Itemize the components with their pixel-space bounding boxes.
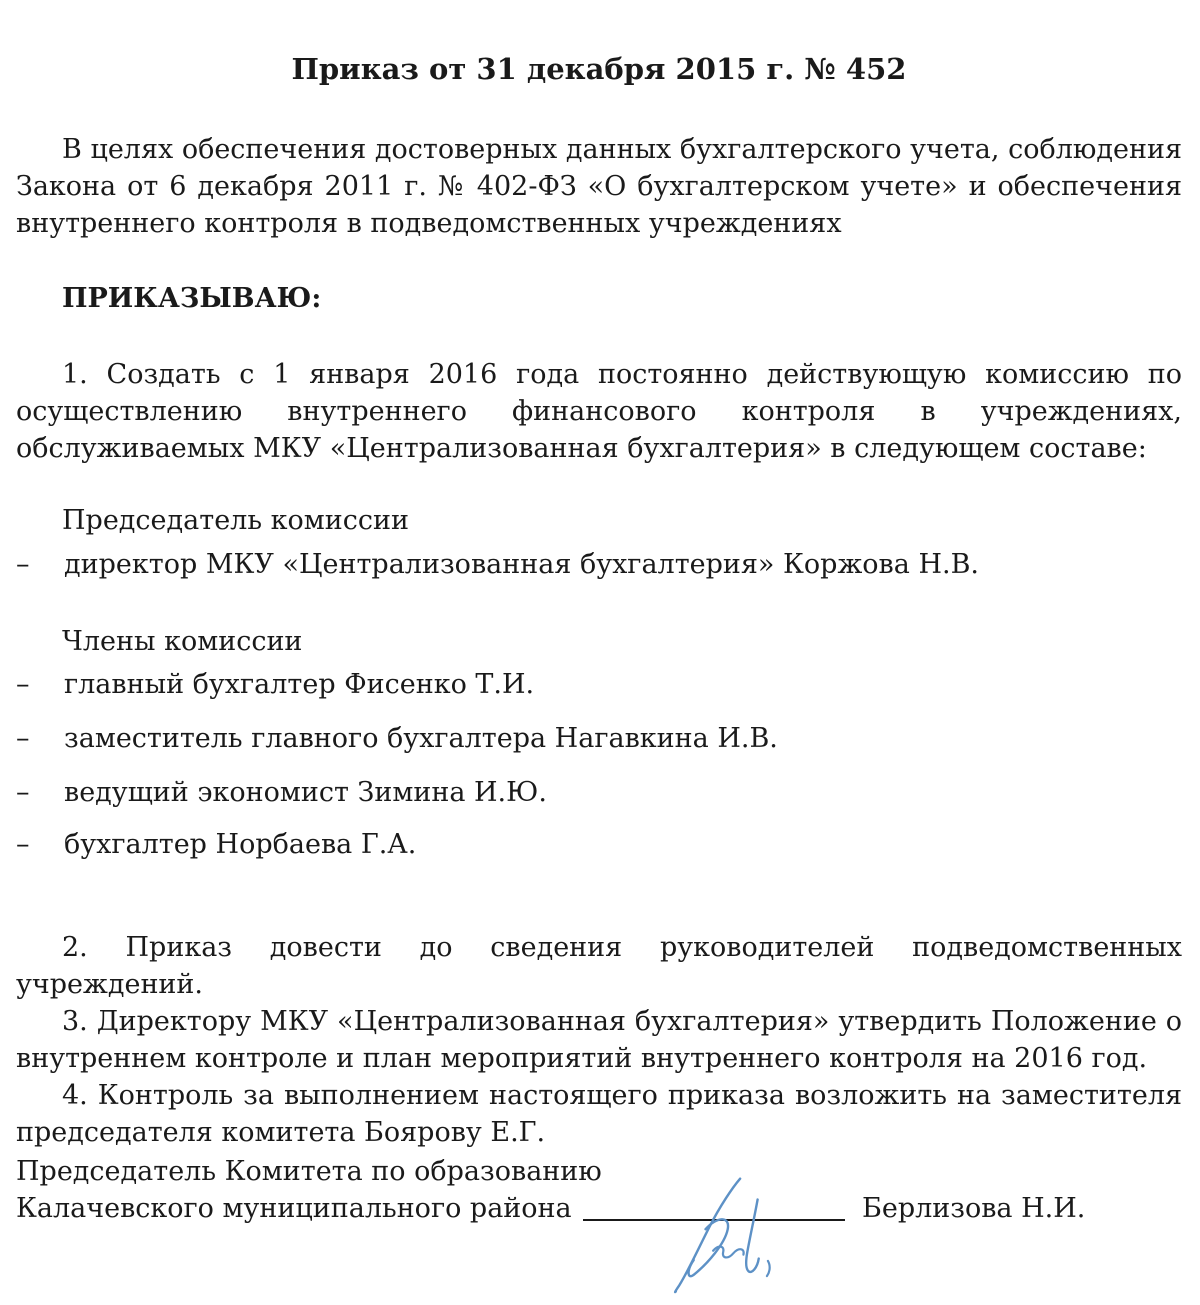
list-item-text: бухгалтер Норбаева Г.А. bbox=[64, 826, 1182, 863]
list-item-text: директор МКУ «Централизованная бухгалтер… bbox=[64, 546, 1182, 583]
closing-items: 2. Приказ довести до сведения руководите… bbox=[16, 929, 1182, 1151]
chair-heading: Председатель комиссии bbox=[16, 502, 1182, 539]
list-item-chair: – директор МКУ «Централизованная бухгалт… bbox=[16, 546, 1182, 583]
intro-paragraph: В целях обеспечения достоверных данных б… bbox=[16, 131, 1182, 242]
list-item-member: – заместитель главного бухгалтера Нагавк… bbox=[16, 720, 1182, 757]
signature-stroke bbox=[766, 1261, 770, 1276]
list-dash: – bbox=[16, 720, 64, 757]
order-item-3: 3. Директору МКУ «Централизованная бухга… bbox=[16, 1003, 1182, 1077]
list-dash: – bbox=[16, 774, 64, 811]
signature-block: Председатель Комитета по образованию Кал… bbox=[16, 1153, 1182, 1227]
signature-stroke bbox=[685, 1219, 731, 1276]
order-item-1: 1. Создать с 1 января 2016 года постоянн… bbox=[16, 356, 1182, 467]
document-title: Приказ от 31 декабря 2015 г. № 452 bbox=[16, 0, 1182, 86]
signature-row: Калачевского муниципального района Берли… bbox=[16, 1190, 1182, 1227]
list-item-member: – бухгалтер Норбаева Г.А. bbox=[16, 826, 1182, 863]
list-item-text: главный бухгалтер Фисенко Т.И. bbox=[64, 666, 1182, 703]
order-document-page: Приказ от 31 декабря 2015 г. № 452 В цел… bbox=[0, 0, 1200, 1305]
list-item-text: ведущий экономист Зимина И.Ю. bbox=[64, 774, 1182, 811]
signer-name: Берлизова Н.И. bbox=[862, 1190, 1085, 1227]
signature-stroke bbox=[713, 1245, 744, 1258]
order-item-2: 2. Приказ довести до сведения руководите… bbox=[16, 929, 1182, 1003]
signer-position-line1: Председатель Комитета по образованию bbox=[16, 1153, 1182, 1190]
signer-position-line2: Калачевского муниципального района bbox=[16, 1193, 572, 1224]
signature-line bbox=[583, 1219, 845, 1221]
order-word: ПРИКАЗЫВАЮ: bbox=[16, 280, 1182, 317]
list-dash: – bbox=[16, 666, 64, 703]
list-item-member: – ведущий экономист Зимина И.Ю. bbox=[16, 774, 1182, 811]
members-heading: Члены комиссии bbox=[16, 623, 1182, 660]
order-item-4: 4. Контроль за выполнением настоящего пр… bbox=[16, 1077, 1182, 1151]
list-item-text: заместитель главного бухгалтера Нагавкин… bbox=[64, 720, 1182, 757]
list-dash: – bbox=[16, 546, 64, 583]
list-item-member: – главный бухгалтер Фисенко Т.И. bbox=[16, 666, 1182, 703]
list-dash: – bbox=[16, 826, 64, 863]
